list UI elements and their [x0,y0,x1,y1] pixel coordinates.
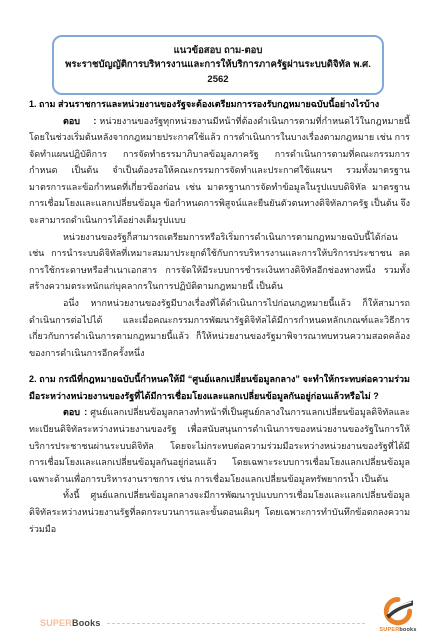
answer-2-paragraph-1: ตอบ :ศูนย์แลกเปลี่ยนข้อมูลกลางทำหน้าที่เ… [29,404,410,487]
answer-1-paragraph-1: ตอบ :หน่วยงานของรัฐทุกหน่วยงานมีหน้าที่ต… [29,113,410,229]
answer-2-paragraph-2: ทั้งนี้ ศูนย์แลกเปลี่ยนข้อมูลกลางจะมีการ… [29,487,410,537]
footer-brand-books: Books [72,618,101,628]
superbooks-swoosh-icon [381,597,415,627]
document-page: แนวข้อสอบ ถาม-ตอบ พระราชบัญญัติการบริหาร… [0,0,439,644]
answer-1-paragraph-3: อนึ่ง หากหน่วยงานของรัฐมีบางเรื่องที่ได้… [29,295,410,361]
footer-logo-text: SUPERbooks [379,627,416,634]
footer-dashed-divider [107,623,365,624]
answer-1-label: ตอบ : [63,116,96,126]
footer-brand-super: SUPER [40,618,72,628]
answer-2-label: ตอบ : [63,407,87,417]
question-2-heading: 2. ถาม กรณีที่กฎหมายฉบับนี้กำหนดให้มี “ศ… [29,371,410,404]
answer-2-text-1: ศูนย์แลกเปลี่ยนข้อมูลกลางทำหน้าที่เป็นศู… [29,407,410,483]
page-footer: SUPERBooks SUPERbooks [40,597,425,634]
footer-logo-super: SUPER [379,627,399,633]
header-title-line2: พระราชบัญญัติการบริหารงานและการให้บริการ… [60,57,376,87]
section-gap [29,361,410,371]
header-title-box: แนวข้อสอบ ถาม-ตอบ พระราชบัญญัติการบริหาร… [52,35,384,95]
answer-1-text-1: หน่วยงานของรัฐทุกหน่วยงานมีหน้าที่ต้องดำ… [29,116,410,226]
footer-logo-books: books [399,627,416,633]
footer-logo: SUPERbooks [371,597,425,634]
question-1-heading: 1. ถาม ส่วนราชการและหน่วยงานของรัฐจะต้อง… [29,96,410,113]
document-body: 1. ถาม ส่วนราชการและหน่วยงานของรัฐจะต้อง… [29,96,410,537]
header-title-line1: แนวข้อสอบ ถาม-ตอบ [60,44,376,57]
footer-brand-text: SUPERBooks [40,618,101,634]
answer-1-paragraph-2: หน่วยงานของรัฐก็สามารถเตรียมการหรือริเริ… [29,229,410,295]
